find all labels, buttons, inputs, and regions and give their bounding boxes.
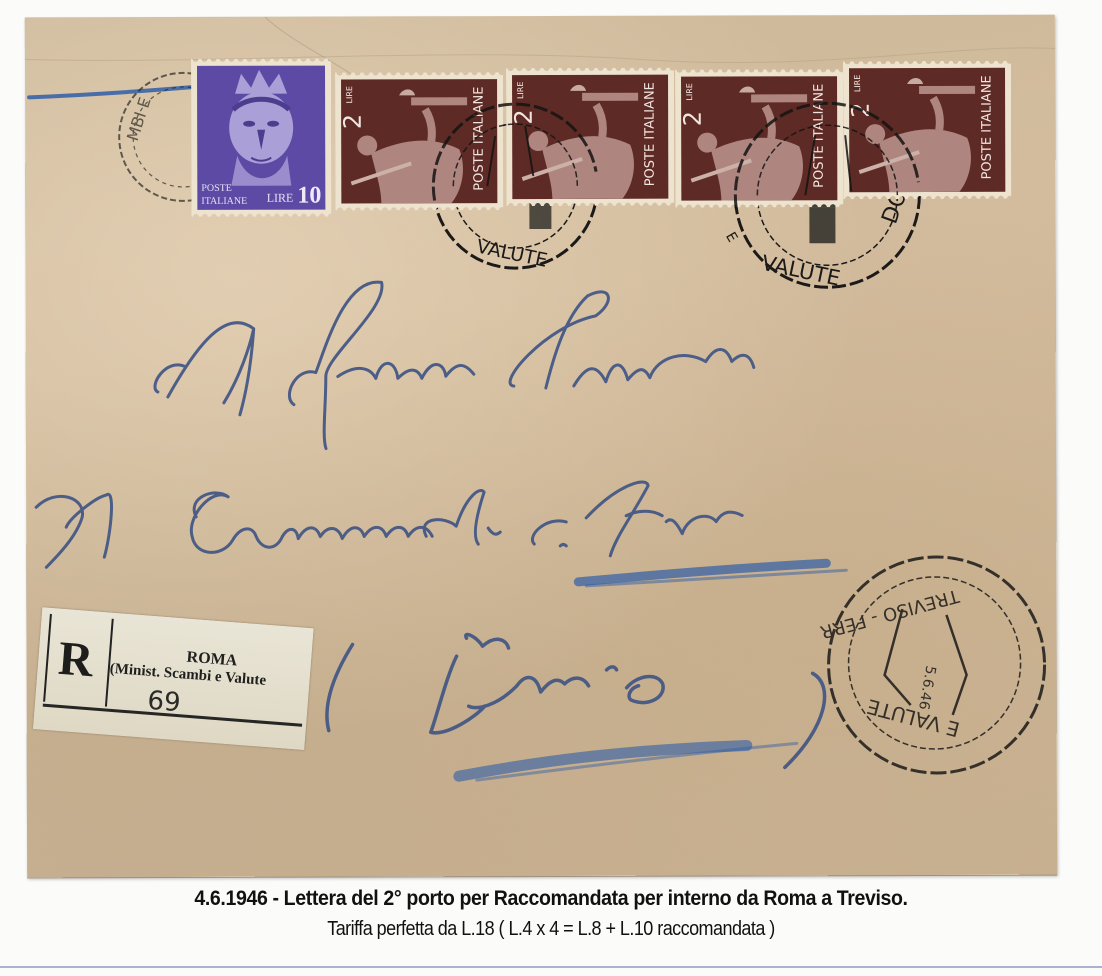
stamp-democratica-2-lire-3: 2 LIRE POSTE ITALIANE	[675, 69, 843, 207]
stamp-3-value: 2	[512, 109, 538, 124]
page-divider	[0, 966, 1102, 968]
postmark-arrival: E VALUTE TREVISO - FERR 5.6.46	[818, 557, 1045, 774]
stamp-1-inscription-top: POSTE	[201, 183, 232, 194]
stamp-1-inscription-bottom: ITALIANE	[201, 196, 247, 207]
blue-crayon-underline-2	[459, 745, 747, 776]
man-with-torch-icon	[522, 85, 638, 199]
stamp-2-currency: LIRE	[345, 86, 354, 103]
svg-text:MBI E: MBI E	[123, 95, 155, 143]
stamp-3-inscription: POSTE ITALIANE	[643, 75, 658, 197]
svg-text:TREVISO - FERR: TREVISO - FERR	[818, 584, 962, 642]
handwriting-line-2	[36, 482, 742, 568]
registration-label: R ROMA (Minist. Scambi e Valute 69	[33, 607, 314, 750]
svg-text:E: E	[722, 229, 740, 245]
stamp-1-value: 10	[297, 183, 321, 210]
stamp-2-value: 2	[341, 114, 367, 129]
svg-text:VALUTE: VALUTE	[474, 236, 549, 272]
caption-subtitle: Tariffa perfetta da L.18 ( L.4 x 4 = L.8…	[55, 918, 1047, 941]
stamp-democratica-2-lire-2: 2 LIRE POSTE ITALIANE	[506, 68, 674, 206]
stamp-4-value: 2	[681, 111, 707, 126]
man-with-torch-icon	[351, 89, 467, 203]
svg-text:5.6.46: 5.6.46	[915, 664, 938, 711]
caption-title: 4.6.1946 - Lettera del 2° porto per Racc…	[39, 887, 1064, 911]
stamp-2-inscription: POSTE ITALIANE	[472, 79, 487, 201]
man-with-torch-icon	[859, 78, 975, 192]
blue-crayon-line-top	[29, 87, 195, 97]
stamp-democratica-2-lire-4: 2 LIRE POSTE ITALIANE	[843, 61, 1011, 199]
handwriting-line-1	[155, 281, 754, 449]
man-with-torch-icon	[691, 86, 807, 200]
envelope-cover: MBI E VALUTE DO VALUTE DO E	[25, 15, 1057, 878]
stamp-3-currency: LIRE	[516, 82, 525, 99]
stamp-5-currency: LIRE	[853, 75, 862, 92]
stamp-4-currency: LIRE	[685, 83, 694, 100]
head-portrait-icon	[229, 70, 293, 186]
stamp-democratica-2-lire-1: 2 LIRE POSTE ITALIANE	[335, 72, 503, 210]
stamp-4-inscription: POSTE ITALIANE	[812, 76, 827, 198]
stamp-5-inscription: POSTE ITALIANE	[980, 68, 995, 190]
stamp-imperiale-10-lire: POSTE ITALIANE LIRE 10	[191, 59, 331, 217]
registration-letter: R	[56, 631, 95, 689]
stamp-5-value: 2	[849, 102, 875, 117]
stamp-1-currency: LIRE	[267, 191, 294, 206]
svg-text:E VALUTE: E VALUTE	[864, 694, 962, 741]
